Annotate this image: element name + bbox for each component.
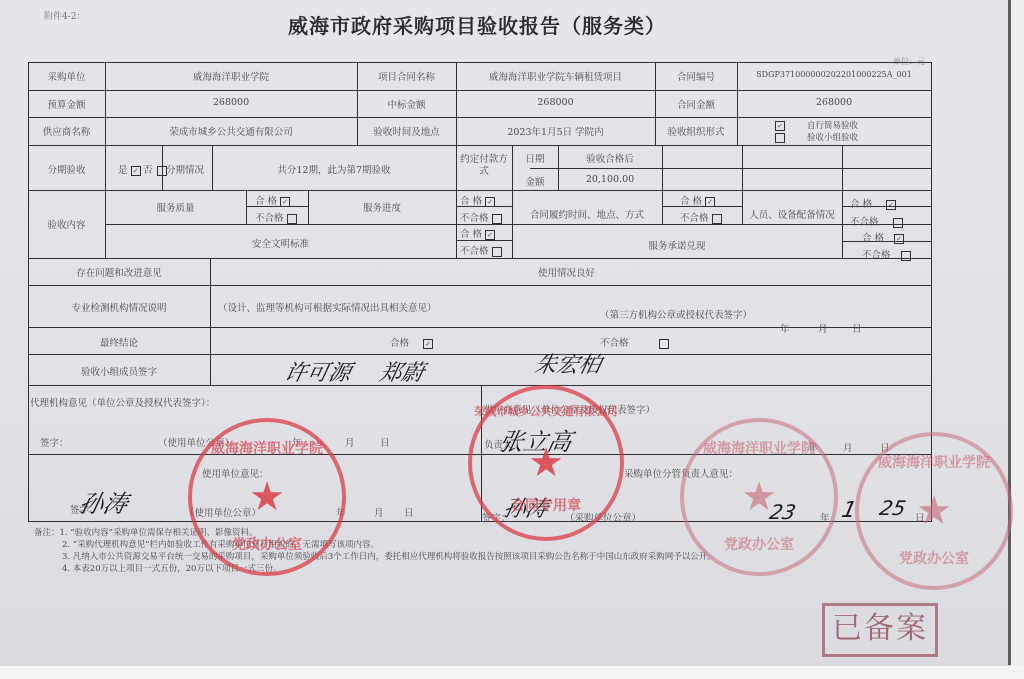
item-service-commitment: 服务承诺兑现 (512, 238, 842, 252)
contract-name-value: 威海海洋职业学院车辆租赁项目 (456, 69, 655, 83)
contract-name-label: 项目合同名称 (357, 69, 456, 83)
checkbox-checked-icon[interactable] (131, 166, 141, 176)
content-label: 验收内容 (28, 217, 105, 231)
checkbox-empty-icon[interactable] (893, 218, 903, 228)
installment-status-value: 共分12期，此为第7期验收 (212, 162, 456, 176)
note-3: 3. 凡纳入市公共资源交易平台统一交易的采购项目，采购单位须验收后3个工作日内，… (62, 550, 716, 562)
payment-date-label: 日期 (512, 151, 558, 165)
checkbox-checked-icon[interactable] (886, 200, 896, 210)
signature-member-2: 郑蔚 (377, 356, 428, 387)
college-seal-center: 威海海洋职业学院 ★ 党政办公室 (680, 418, 838, 576)
payment-method-label: 约定付款方式 (456, 154, 512, 178)
seal-text: 荣成市城乡公共交通有限公司 (472, 403, 620, 419)
safety-fail[interactable]: 不合格 (460, 243, 502, 257)
checkbox-empty-icon[interactable] (901, 251, 911, 261)
service-progress-fail[interactable]: 不合格 (460, 210, 502, 224)
item-service-quality: 服务质量 (105, 200, 246, 214)
payment-amount-value: 20,100.00 (558, 174, 662, 185)
star-icon: ★ (741, 477, 777, 517)
supplier-value: 荣成市城乡公共交通有限公司 (105, 124, 357, 138)
star-icon: ★ (916, 491, 952, 531)
service-commitment-pass[interactable]: 合 格 (862, 230, 904, 244)
supplier-date-month: 月 (843, 440, 853, 454)
service-quality-pass[interactable]: 合 格 (255, 193, 290, 207)
org-form-label: 验收组织形式 (655, 124, 737, 138)
budget-value: 268000 (105, 97, 357, 108)
contract-performance-fail[interactable]: 不合格 (680, 210, 722, 224)
checkbox-empty-icon[interactable] (492, 247, 502, 257)
inspection-date-day: 日 (852, 321, 862, 335)
checkbox-empty-icon[interactable] (775, 133, 785, 143)
service-progress-pass[interactable]: 合 格 (460, 193, 495, 207)
supplier-seal: 荣成市城乡公共交通有限公司 ★ 合同专用章 (468, 385, 624, 541)
filed-stamp: 已备案 (822, 603, 938, 657)
college-seal-right: 威海海洋职业学院 ★ 党政办公室 (855, 432, 1013, 590)
attachment-label: 附件4-2： (44, 9, 86, 22)
seal-text: 威海海洋职业学院 (859, 452, 1009, 472)
conclusion-fail[interactable]: 不合格 (600, 335, 669, 349)
issues-value: 使用情况良好 (538, 265, 595, 279)
checkbox-empty-icon[interactable] (659, 339, 669, 349)
signature-member-3: 朱宏柏 (532, 348, 605, 379)
acceptance-time-label: 验收时间及地点 (357, 124, 456, 138)
safety-pass[interactable]: 合 格 (460, 226, 495, 240)
checkbox-checked-icon[interactable] (894, 234, 904, 244)
page-bottom-margin (0, 666, 1024, 679)
acceptance-time-value: 2023年1月5日 学院内 (456, 124, 655, 138)
college-seal-left: 威海海洋职业学院 ★ 党政办公室 (188, 418, 346, 576)
inspection-stamp-hint: （第三方机构公章或授权代表签字） (600, 307, 752, 321)
installment-label: 分期验收 (28, 162, 105, 176)
bid-amount-label: 中标金额 (357, 97, 456, 111)
payment-amount-label: 金额 (512, 174, 558, 188)
item-personnel-equipment: 人员、设备配备情况 (742, 207, 842, 221)
inspection-label: 专业检测机构情况说明 (28, 300, 210, 314)
personnel-equipment-fail[interactable]: 不合格 (850, 214, 903, 228)
checkbox-empty-icon[interactable] (287, 214, 297, 224)
checkbox-empty-icon[interactable] (492, 214, 502, 224)
supplier-label: 供应商名称 (28, 124, 105, 138)
item-service-progress: 服务进度 (308, 200, 456, 214)
signature-member-1: 许可源 (282, 356, 355, 387)
installment-yes[interactable]: 是 (118, 162, 141, 176)
agency-sign-label: 签字： (40, 435, 69, 449)
user-unit-signature: 孙涛 (76, 484, 131, 519)
org-form-option-self[interactable]: 自行简易验收 (775, 119, 858, 131)
personnel-equipment-pass[interactable]: 合 格 (850, 196, 896, 210)
checkbox-empty-icon[interactable] (712, 214, 722, 224)
purchaser-value: 威海海洋职业学院 (105, 69, 357, 83)
installment-no[interactable]: 否 (143, 162, 167, 176)
seal-text: 威海海洋职业学院 (192, 438, 342, 458)
agency-date-month: 月 (345, 435, 355, 449)
inspection-date-year: 年 (780, 321, 790, 335)
inspection-hint: （设计、监理等机构可根据实际情况出具相关意见） (218, 300, 437, 314)
item-contract-performance: 合同履约时间、地点、方式 (512, 207, 662, 221)
user-unit-date-day: 日 (404, 505, 414, 519)
org-form-option-group[interactable]: 验收小组验收 (775, 131, 858, 143)
item-safety-standards: 安全文明标准 (105, 236, 456, 250)
checkbox-checked-icon[interactable] (280, 197, 290, 207)
page-title: 威海市政府采购项目验收报告（服务类） (288, 10, 666, 39)
contract-performance-pass[interactable]: 合 格 (680, 193, 715, 207)
bid-amount-value: 268000 (456, 97, 655, 108)
conclusion-label: 最终结论 (28, 335, 210, 349)
issues-label: 存在问题和改进意见 (28, 265, 210, 279)
agency-date-day: 日 (380, 435, 390, 449)
checkbox-checked-icon[interactable] (423, 339, 433, 349)
seal-text: 党政办公室 (192, 534, 342, 554)
star-icon: ★ (249, 477, 285, 517)
checkbox-checked-icon[interactable] (775, 121, 785, 131)
service-quality-fail[interactable]: 不合格 (255, 210, 297, 224)
star-icon: ★ (528, 443, 564, 483)
seal-text: 威海海洋职业学院 (684, 438, 834, 458)
contract-amount-value: 268000 (737, 97, 931, 108)
seal-text: 合同专用章 (472, 495, 620, 515)
budget-label: 预算金额 (28, 97, 105, 111)
conclusion-pass[interactable]: 合格 (390, 335, 433, 349)
payment-date-value: 验收合格后 (558, 151, 662, 165)
checkbox-checked-icon[interactable] (485, 230, 495, 240)
signatures-label: 验收小组成员签字 (28, 364, 210, 378)
checkbox-checked-icon[interactable] (485, 197, 495, 207)
user-unit-date-month: 月 (374, 505, 384, 519)
seal-text: 党政办公室 (859, 548, 1009, 568)
checkbox-checked-icon[interactable] (705, 197, 715, 207)
inspection-date-month: 月 (818, 321, 828, 335)
purchaser-label: 采购单位 (28, 69, 105, 83)
service-commitment-fail[interactable]: 不合格 (862, 247, 911, 261)
contract-no-label: 合同编号 (655, 69, 737, 83)
installment-status-label: 分期情况 (166, 162, 204, 176)
agency-label: 代理机构意见（单位公章及授权代表签字）： (30, 395, 215, 409)
contract-no-value: SDGP371000000202201000225A_001 (737, 70, 931, 79)
contract-amount-label: 合同金额 (655, 97, 737, 111)
seal-text: 党政办公室 (684, 534, 834, 554)
